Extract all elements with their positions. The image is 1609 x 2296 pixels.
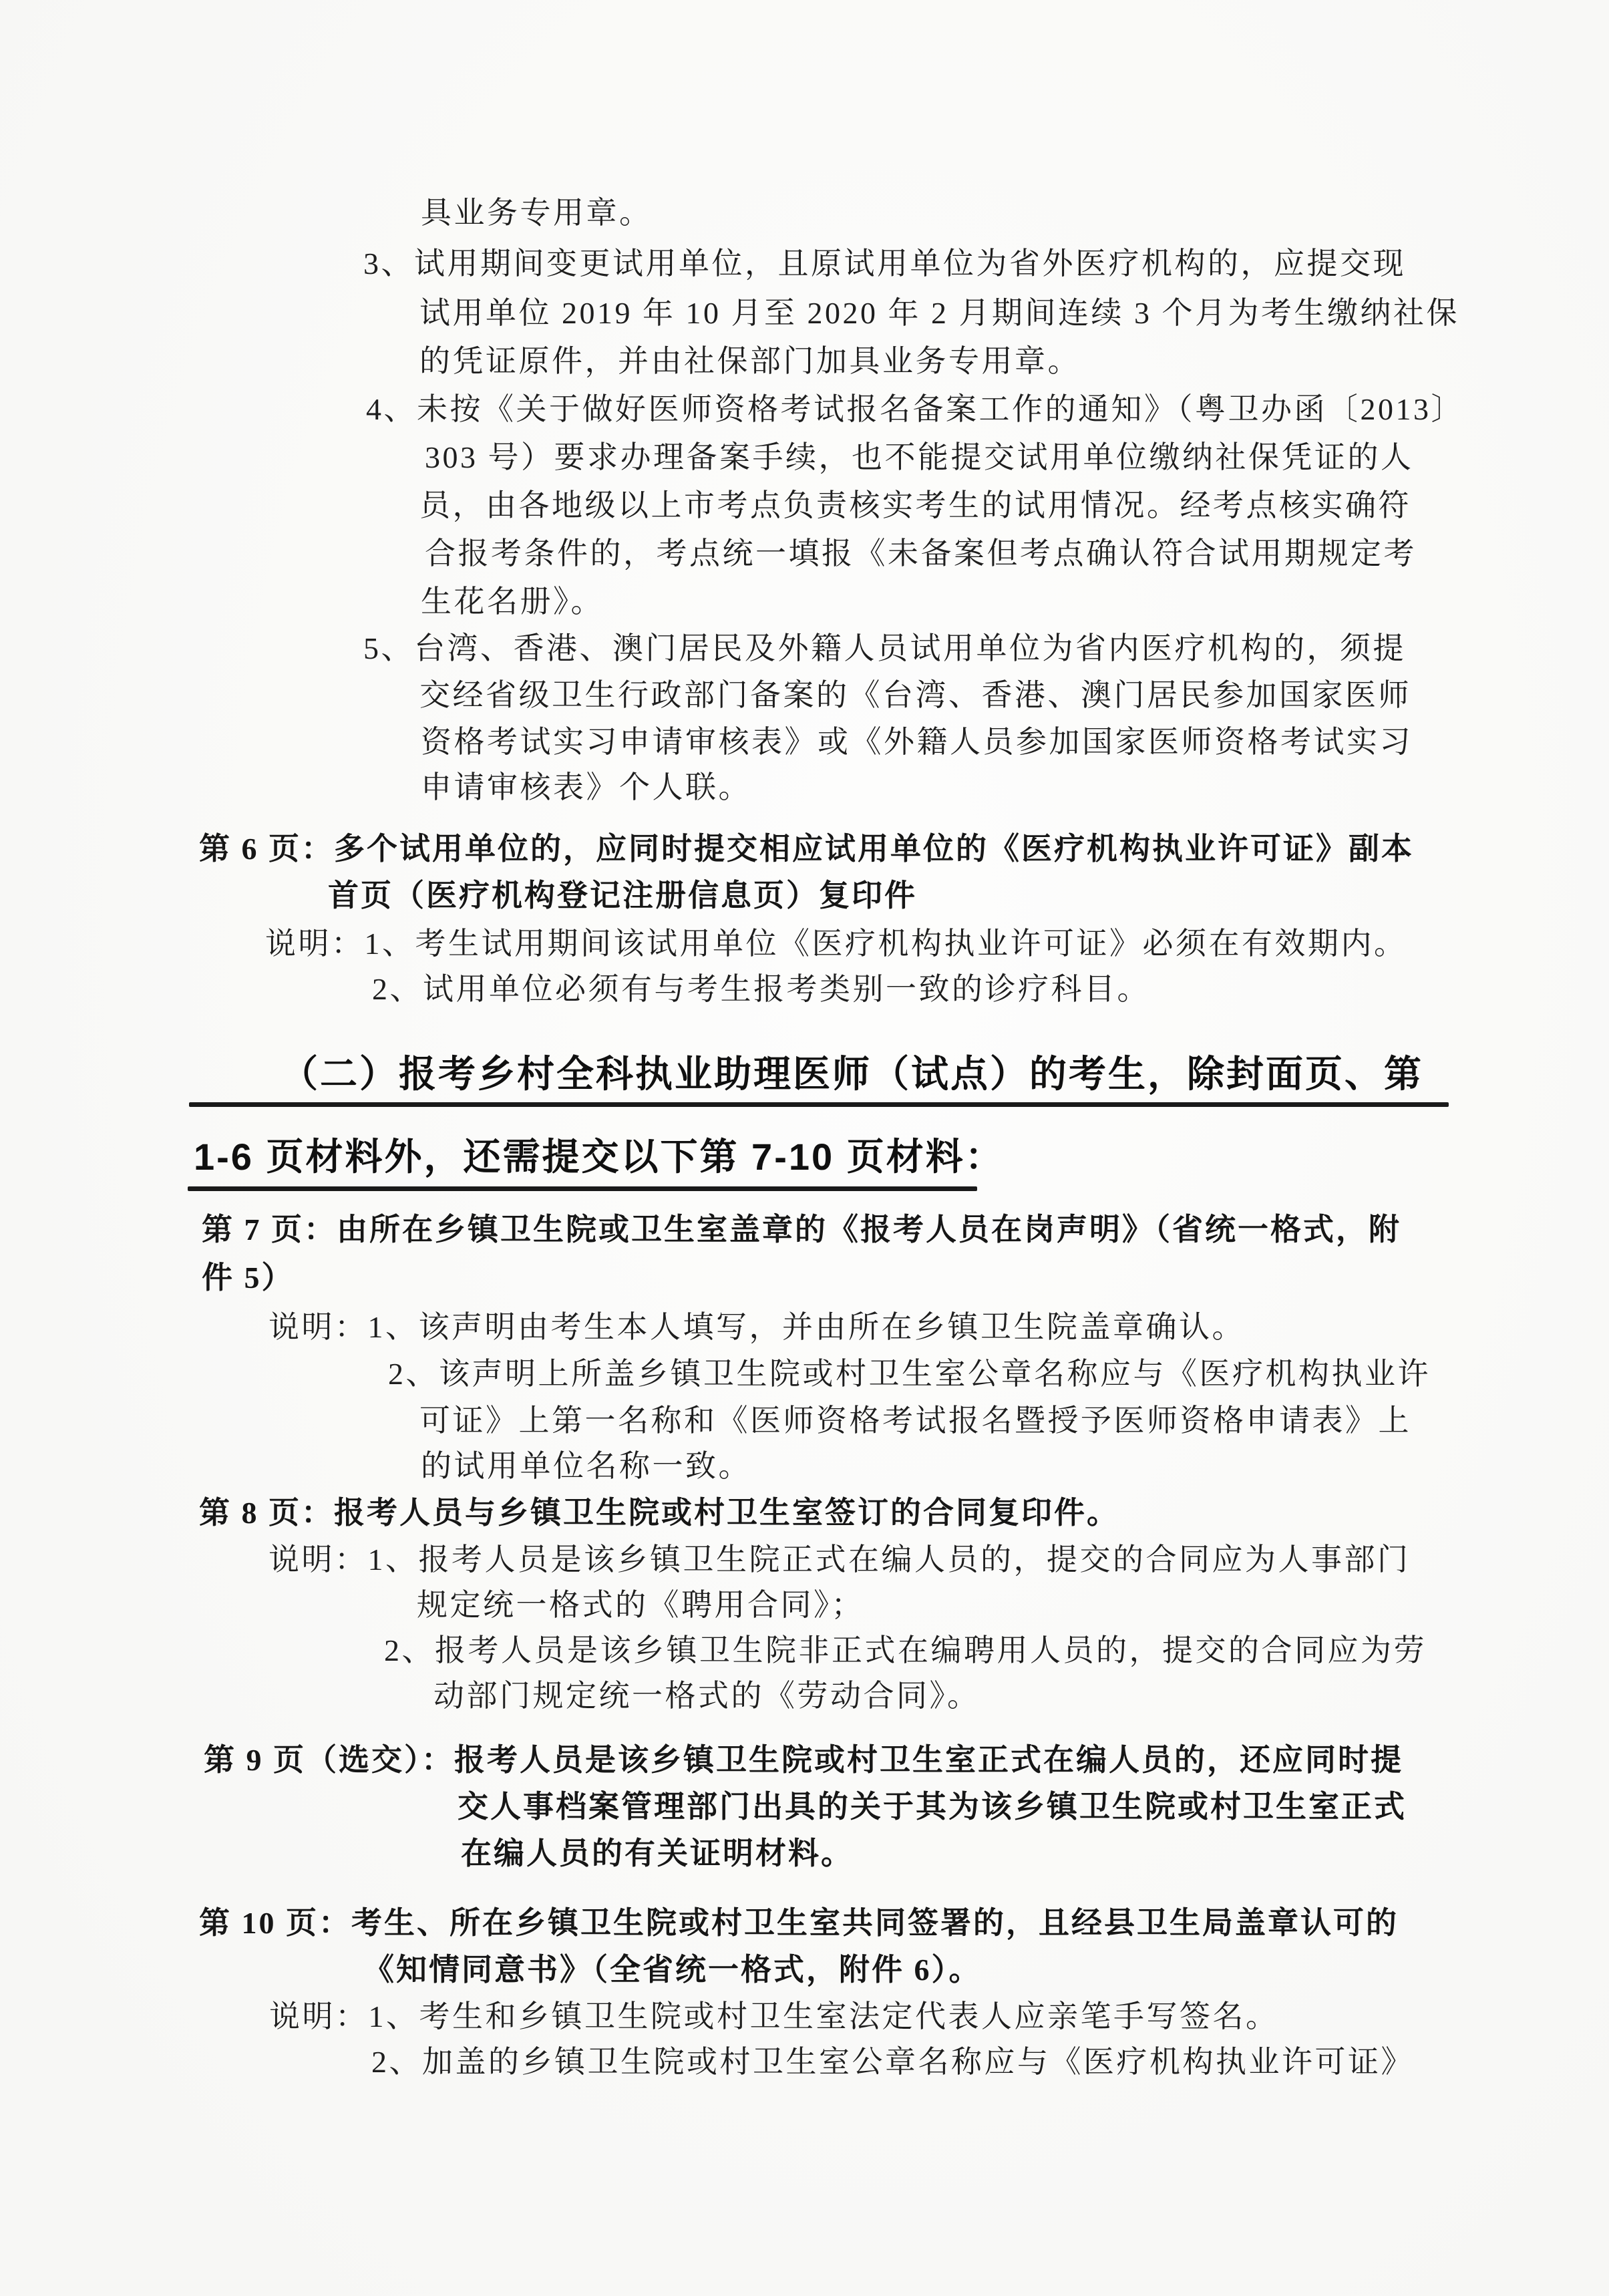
- heading-underline-2: [188, 1186, 977, 1191]
- item5-line4: 申请审核表》个人联。: [421, 772, 751, 803]
- item3-line3: 的凭证原件，并由社保部门加具业务专用章。: [419, 346, 1081, 377]
- page10-label-line1: 第 10 页：考生、所在乡镇卫生院或村卫生室共同签署的，且经县卫生局盖章认可的: [199, 1908, 1399, 1939]
- section2-heading-line2: 1-6 页材料外，还需提交以下第 7-10 页材料：: [194, 1138, 1005, 1176]
- item4-line3: 员，由各地级以上市考点负责核实考生的试用情况。经考点核实确符: [419, 490, 1411, 521]
- page7-note2-line3: 的试用单位名称一致。: [421, 1451, 751, 1482]
- page6-label-line1: 第 6 页：多个试用单位的，应同时提交相应试用单位的《医疗机构执业许可证》副本: [199, 834, 1414, 864]
- heading-underline-1: [189, 1102, 1449, 1107]
- item5-line1: 5、台湾、香港、澳门居民及外籍人员试用单位为省内医疗机构的，须提: [363, 633, 1406, 664]
- item4-line5: 生花名册》。: [421, 587, 604, 617]
- page8-label-line1: 第 8 页：报考人员与乡镇卫生院或村卫生室签订的合同复印件。: [199, 1498, 1119, 1528]
- page8-note1-line2: 规定统一格式的《聘用合同》；: [417, 1590, 864, 1621]
- item3-line1: 3、试用期间变更试用单位，且原试用单位为省外医疗机构的，应提交现: [363, 249, 1406, 279]
- page7-note2-line2: 可证》上第一名称和《医师资格考试报名暨授予医师资格申请表》上: [419, 1406, 1411, 1436]
- page10-label-line2: 《知情同意书》（全省统一格式，附件 6）。: [363, 1955, 982, 1985]
- item3-line2: 试用单位 2019 年 10 月至 2020 年 2 月期间连续 3 个月为考生…: [419, 298, 1459, 329]
- page6-note1: 说明：1、考生试用期间该试用单位《医疗机构执业许可证》必须在有效期内。: [265, 929, 1407, 959]
- item2-tail-line: 具业务专用章。: [421, 198, 653, 228]
- page8-note1-line1: 说明：1、报考人员是该乡镇卫生院正式在编人员的，提交的合同应为人事部门: [269, 1544, 1411, 1575]
- page7-label-line2: 件 5）: [202, 1263, 295, 1293]
- item4-line4: 合报考条件的，考点统一填报《未备案但考点确认符合试用期规定考: [425, 538, 1417, 569]
- page8-note2-line2: 动部门规定统一格式的《劳动合同》。: [433, 1681, 980, 1711]
- page6-note2: 2、试用单位必须有与考生报考类别一致的诊疗科目。: [372, 974, 1150, 1005]
- page7-note1: 说明：1、该声明由考生本人填写，并由所在乡镇卫生院盖章确认。: [269, 1312, 1245, 1343]
- page9-label-line1: 第 9 页（选交）：报考人员是该乡镇卫生院或村卫生室正式在编人员的，还应同时提: [204, 1745, 1403, 1776]
- document-page: 具业务专用章。3、试用期间变更试用单位，且原试用单位为省外医疗机构的，应提交现试…: [0, 0, 1609, 2296]
- page9-label-line3: 在编人员的有关证明材料。: [461, 1838, 854, 1869]
- page7-label-line1: 第 7 页：由所在乡镇卫生院或卫生室盖章的《报考人员在岗声明》（省统一格式，附: [202, 1214, 1401, 1245]
- page10-note2: 2、加盖的乡镇卫生院或村卫生室公章名称应与《医疗机构执业许可证》: [371, 2047, 1414, 2078]
- page6-label-line2: 首页（医疗机构登记注册信息页）复印件: [328, 880, 917, 911]
- page9-label-line2: 交人事档案管理部门出具的关于其为该乡镇卫生院或村卫生室正式: [458, 1792, 1407, 1822]
- item5-line3: 资格考试实习申请审核表》或《外籍人员参加国家医师资格考试实习: [421, 727, 1413, 758]
- page10-note1: 说明：1、考生和乡镇卫生院或村卫生室法定代表人应亲笔手写签名。: [269, 2001, 1279, 2032]
- item5-line2: 交经省级卫生行政部门备案的《台湾、香港、澳门居民参加国家医师: [419, 680, 1411, 711]
- item4-line1: 4、未按《关于做好医师资格考试报名备案工作的通知》（粤卫办函〔2013〕: [366, 394, 1464, 425]
- page7-note2-line1: 2、该声明上所盖乡镇卫生院或村卫生室公章名称应与《医疗机构执业许: [388, 1359, 1431, 1389]
- item4-line2: 303 号）要求办理备案手续，也不能提交试用单位缴纳社保凭证的人: [425, 442, 1414, 473]
- section2-heading-line1: （二）报考乡村全科执业助理医师（试点）的考生，除封面页、第: [281, 1055, 1423, 1093]
- page8-note2-line1: 2、报考人员是该乡镇卫生院非正式在编聘用人员的，提交的合同应为劳: [384, 1635, 1427, 1666]
